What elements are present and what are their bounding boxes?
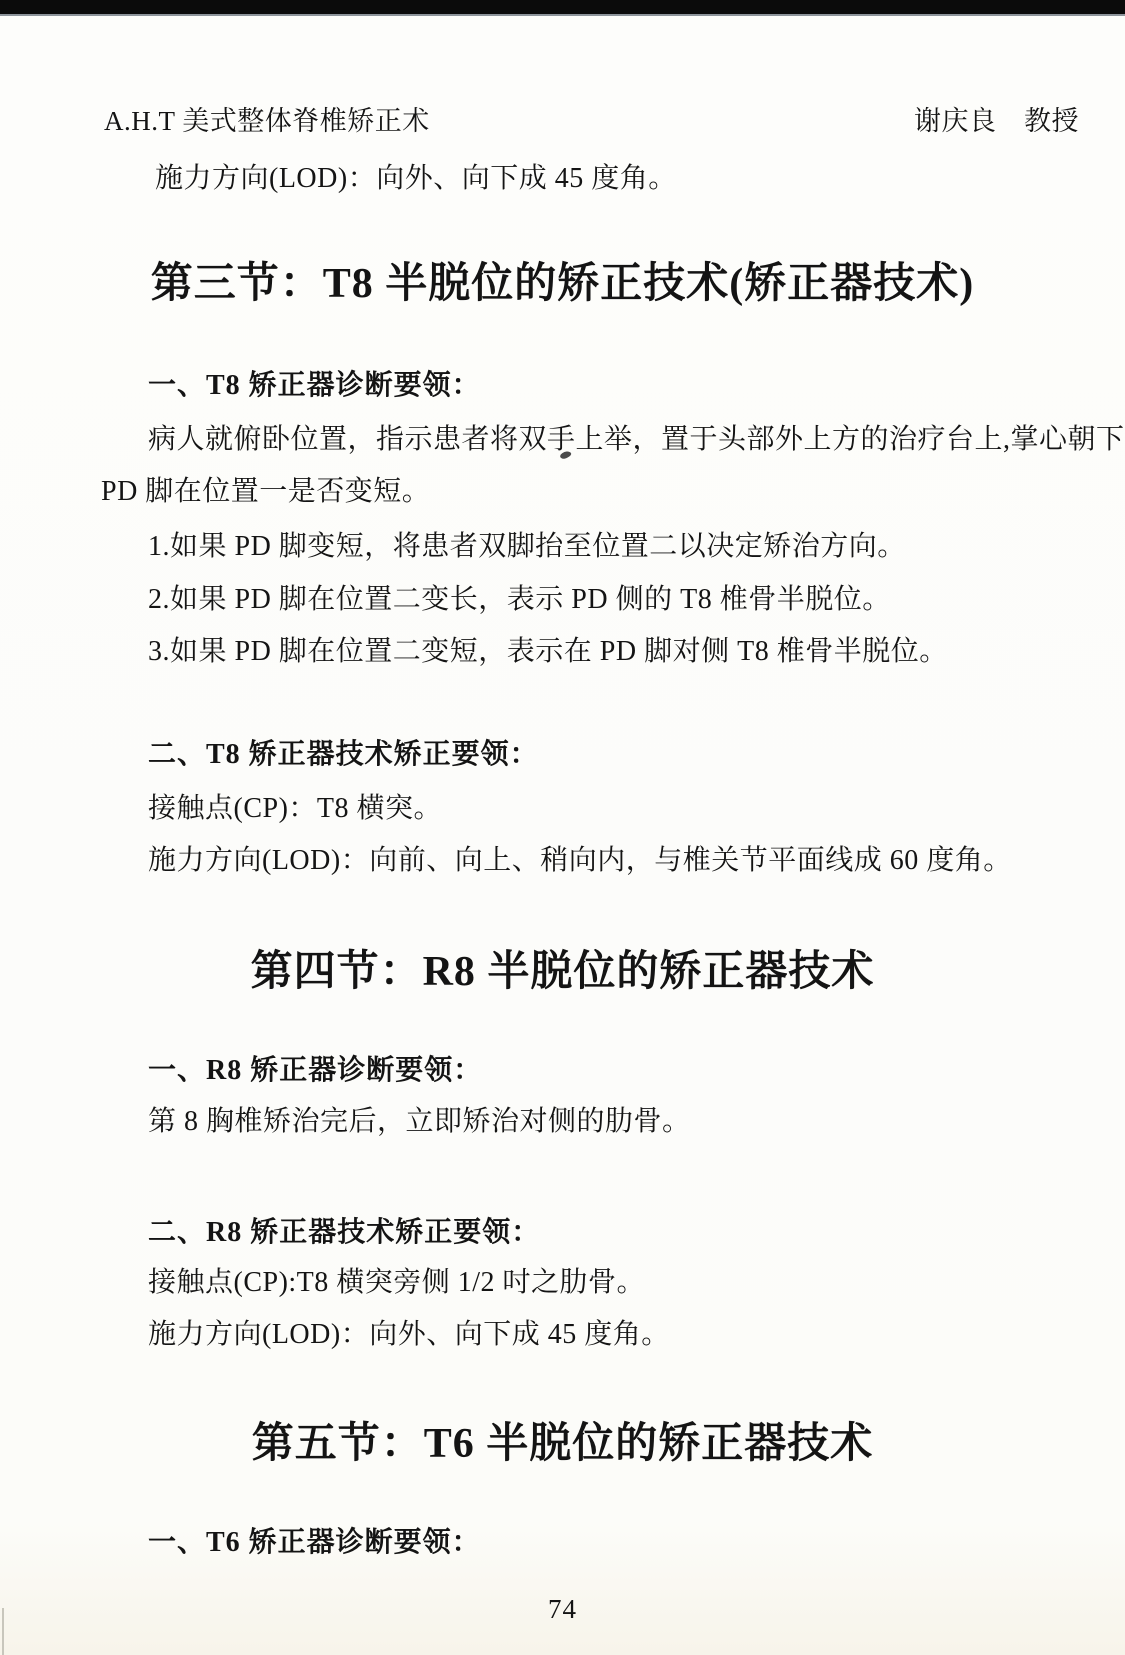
section3-paragraph-line1: 病人就俯卧位置，指示患者将双手上举，置于头部外上方的治疗台上,掌心朝下。观察 [148, 424, 1125, 456]
scanned-document-page: A.H.T 美式整体脊椎矫正术 谢庆良 教授 施力方向(LOD)：向外、向下成 … [0, 0, 1125, 1655]
section5-subheading-1: 一、T6 矫正器诊断要领： [148, 1527, 481, 1559]
section4-contact-point-line: 接触点(CP):T8 横突旁侧 1/2 吋之肋骨。 [148, 1267, 645, 1299]
section3-list-item-1: 1.如果 PD 脚变短，将患者双脚抬至位置二以决定矫治方向。 [148, 531, 906, 563]
carryover-lod-line: 施力方向(LOD)：向外、向下成 45 度角。 [155, 163, 677, 195]
section4-paragraph-line: 第 8 胸椎矫治完后，立即矫治对侧的肋骨。 [148, 1106, 691, 1138]
section3-lod-line: 施力方向(LOD)：向前、向上、稍向内，与椎关节平面线成 60 度角。 [148, 845, 1012, 877]
section3-contact-point-line: 接触点(CP)：T8 横突。 [148, 793, 442, 825]
section3-list-item-2: 2.如果 PD 脚在位置二变长，表示 PD 侧的 T8 椎骨半脱位。 [148, 584, 891, 616]
page-number: 74 [0, 1594, 1125, 1625]
scan-top-strip [0, 0, 1125, 16]
section4-lod-line: 施力方向(LOD)：向外、向下成 45 度角。 [148, 1319, 670, 1351]
section5-title: 第五节：T6 半脱位的矫正器技术 [0, 1410, 1125, 1470]
section3-subheading-1: 一、T8 矫正器诊断要领： [148, 370, 481, 402]
section3-list-item-3: 3.如果 PD 脚在位置二变短，表示在 PD 脚对侧 T8 椎骨半脱位。 [148, 636, 948, 668]
section3-subheading-2: 二、T8 矫正器技术矫正要领： [148, 739, 539, 771]
section3-paragraph-line2: PD 脚在位置一是否变短。 [101, 476, 430, 508]
section4-title: 第四节：R8 半脱位的矫正器技术 [0, 938, 1125, 998]
section3-title: 第三节：T8 半脱位的矫正技术(矫正器技术) [0, 250, 1125, 310]
running-header-author: 谢庆良 教授 [914, 106, 1079, 137]
running-header-title: A.H.T 美式整体脊椎矫正术 [104, 106, 430, 137]
section4-subheading-2: 二、R8 矫正器技术矫正要领： [148, 1217, 540, 1249]
section4-subheading-1: 一、R8 矫正器诊断要领： [148, 1055, 482, 1087]
